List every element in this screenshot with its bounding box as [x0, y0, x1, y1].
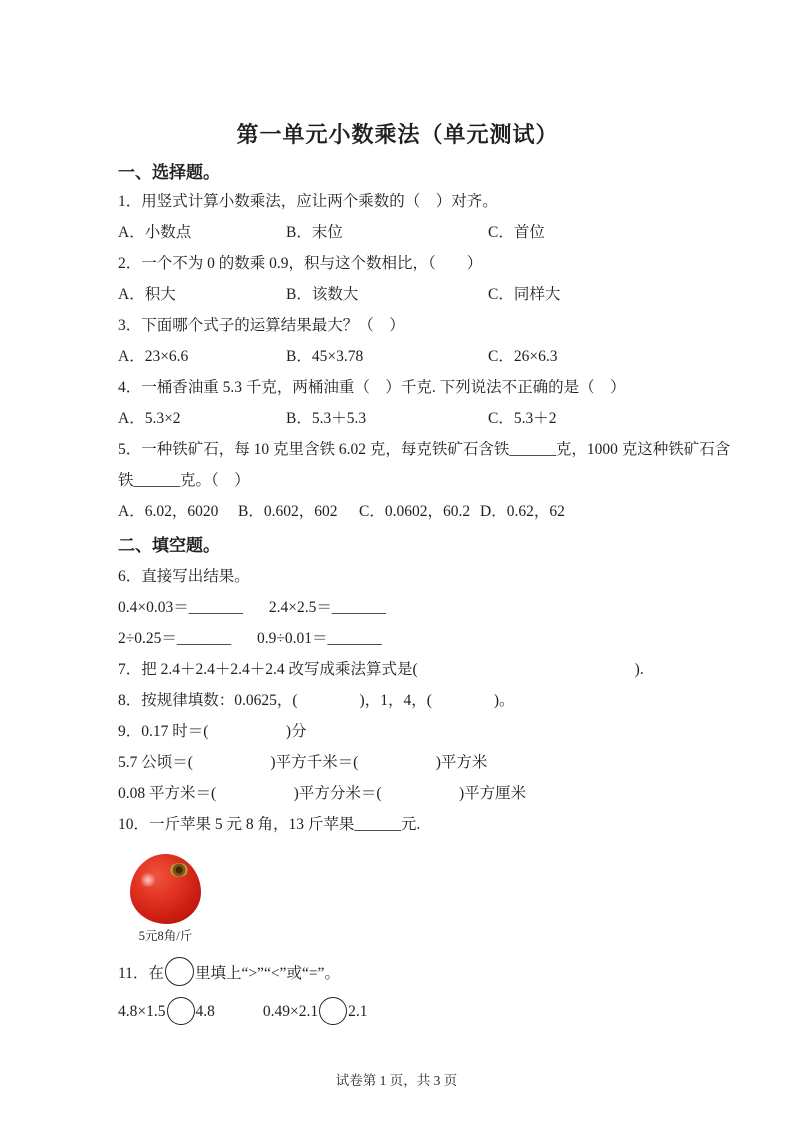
question-9-line2: 5.7 公顷＝( )平方千米＝( )平方米: [118, 747, 677, 778]
q5-option-d: D．0.62，62: [480, 496, 565, 527]
question-8-text: 8．按规律填数：0.0625，( )，1，4，( )。: [118, 685, 677, 716]
comparison-2: 0.49×2.12.1: [263, 1003, 368, 1020]
question-7-text: 7．把 2.4＋2.4＋2.4＋2.4 改写成乘法算式是( ).: [118, 654, 677, 685]
q2-option-a: A．积大: [118, 279, 286, 310]
q5-option-c: C．0.0602，60.2: [359, 496, 480, 527]
apple-price-label: 5元8角/斤: [130, 928, 201, 944]
apple-icon: [130, 854, 201, 924]
q6-equation-1: 0.4×0.03＝_______: [118, 599, 243, 616]
test-paper-page: 第一单元小数乘法（单元测试） 一、选择题。 1．用竖式计算小数乘法，应让两个乘数…: [0, 0, 793, 1122]
q6-equation-2: 2.4×2.5＝_______: [269, 599, 386, 616]
q5-option-a: A．6.02，6020: [118, 496, 238, 527]
apple-stem-icon: [170, 863, 188, 877]
q2-option-c: C．同样大: [488, 279, 560, 310]
question-11-comparisons: 4.8×1.54.80.49×2.12.1: [118, 992, 677, 1032]
question-9-line3: 0.08 平方米＝( )平方分米＝( )平方厘米: [118, 778, 677, 809]
page-footer: 试卷第 1 页，共 3 页: [0, 1072, 793, 1090]
question-5-text-line1: 5．一种铁矿石，每 10 克里含铁 6.02 克，每克铁矿石含铁______克，…: [118, 434, 677, 465]
answer-circle-icon: [165, 957, 194, 986]
question-2-text: 2．一个不为 0 的数乘 0.9，积与这个数相比，（ ）: [118, 248, 677, 279]
q4-option-c: C．5.3＋2: [488, 403, 556, 434]
question-1-options: A．小数点 B．末位 C．首位: [118, 217, 677, 248]
question-1-text: 1．用竖式计算小数乘法，应让两个乘数的（ ）对齐。: [118, 186, 677, 217]
question-6-text: 6．直接写出结果。: [118, 561, 677, 592]
question-11-text: 11．在里填上“>”“<”或“=”。: [118, 956, 677, 992]
comparison-1: 4.8×1.54.8: [118, 1003, 215, 1020]
question-4-options: A．5.3×2 B．5.3＋5.3 C．5.3＋2: [118, 403, 677, 434]
q6-equation-4: 0.9÷0.01＝_______: [257, 630, 382, 647]
question-4-text: 4．一桶香油重 5.3 千克，两桶油重（ ）千克. 下列说法不正确的是（ ）: [118, 372, 677, 403]
question-5-options: A．6.02，6020 B．0.602，602 C．0.0602，60.2 D．…: [118, 496, 677, 527]
q3-option-c: C．26×6.3: [488, 341, 557, 372]
comparison-2-left: 0.49×2.1: [263, 1003, 318, 1020]
q3-option-b: B．45×3.78: [286, 341, 488, 372]
answer-circle-icon: [319, 997, 347, 1025]
q11-tail: 里填上“>”“<”或“=”。: [195, 965, 340, 982]
q2-option-b: B．该数大: [286, 279, 488, 310]
question-6-row1: 0.4×0.03＝_______ 2.4×2.5＝_______: [118, 592, 677, 623]
question-3-options: A．23×6.6 B．45×3.78 C．26×6.3: [118, 341, 677, 372]
question-3-text: 3．下面哪个式子的运算结果最大？（ ）: [118, 310, 677, 341]
apple-figure: 5元8角/斤: [118, 854, 677, 944]
q3-option-a: A．23×6.6: [118, 341, 286, 372]
q11-lead: 11．在: [118, 965, 164, 982]
comparison-1-right: 4.8: [196, 1003, 215, 1020]
q6-equation-3: 2÷0.25＝_______: [118, 630, 231, 647]
question-5-text-line2: 铁______克。（ ）: [118, 465, 677, 496]
q1-option-a: A．小数点: [118, 217, 286, 248]
q1-option-c: C．首位: [488, 217, 545, 248]
q4-option-a: A．5.3×2: [118, 403, 286, 434]
question-10-text: 10．一斤苹果 5 元 8 角，13 斤苹果______元.: [118, 809, 677, 840]
section-2-heading: 二、填空题。: [118, 531, 677, 561]
comparison-1-left: 4.8×1.5: [118, 1003, 166, 1020]
answer-circle-icon: [167, 997, 195, 1025]
comparison-2-right: 2.1: [348, 1003, 367, 1020]
section-1-heading: 一、选择题。: [118, 160, 677, 186]
question-6-row2: 2÷0.25＝_______ 0.9÷0.01＝_______: [118, 623, 677, 654]
q5-option-b: B．0.602，602: [238, 496, 359, 527]
question-9-line1: 9．0.17 时＝( )分: [118, 716, 677, 747]
q1-option-b: B．末位: [286, 217, 488, 248]
apple-highlight: [139, 873, 157, 887]
page-title: 第一单元小数乘法（单元测试）: [118, 120, 677, 150]
question-2-options: A．积大 B．该数大 C．同样大: [118, 279, 677, 310]
q4-option-b: B．5.3＋5.3: [286, 403, 488, 434]
